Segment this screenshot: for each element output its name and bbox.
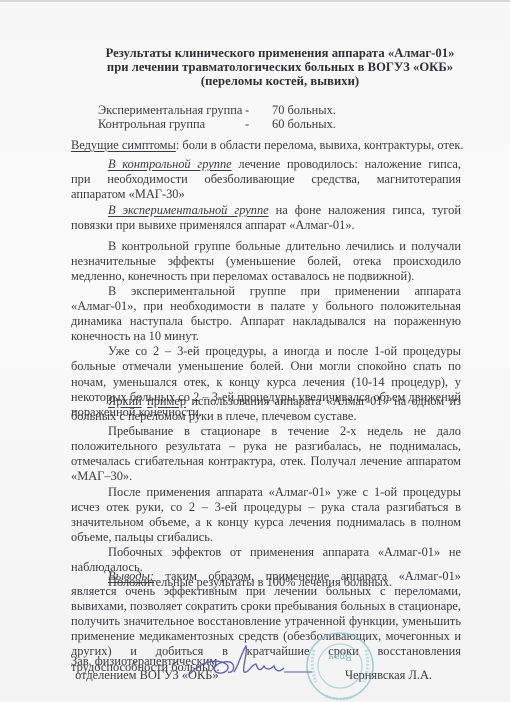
experimental-group-paragraph: В экспериментальной группе на фоне налож… (71, 203, 461, 233)
experimental-group-label: В экспериментальной группе (108, 203, 269, 217)
conclusions-label: Выводы: (108, 569, 154, 583)
example-paragraph: Пребывание в стационаре в течение 2-х не… (71, 424, 461, 484)
example-section: Яркий пример использования аппарата «Алм… (71, 394, 461, 590)
example-label-2: пример (147, 394, 186, 408)
paragraph-control-results: В контрольной группе больные длительно л… (71, 239, 461, 284)
paragraph-text: В экспериментальной группе при применени… (71, 284, 461, 344)
title-line-2: при лечении травматологических больных в… (100, 60, 460, 74)
group-name: Экспериментальная группа (98, 103, 242, 117)
title-line-1: Результаты клинического применения аппар… (100, 46, 460, 60)
symptoms-label: Ведущие симптомы (71, 138, 176, 152)
document-page: Результаты клинического применения аппар… (0, 0, 510, 702)
group-count: 60 больных. (272, 117, 336, 131)
symptoms-line: Ведущие симптомы: боли в области перелом… (71, 138, 463, 152)
control-group-paragraph: В контрольной группе лечение проводилось… (71, 157, 461, 202)
group-name: Контрольная группа (98, 117, 205, 131)
stamp-text: Врач (328, 651, 352, 661)
group-count: 70 больных. (272, 103, 336, 117)
symptoms-text: : боли в области перелома, вывиха, контр… (176, 138, 464, 152)
handwritten-signature-icon (186, 642, 314, 682)
title-line-3: (переломы костей, вывихи) (100, 74, 460, 88)
example-paragraph: После применения аппарата «Алмаг-01» уже… (71, 485, 461, 545)
signature-name: Чернявская Л.А. (345, 668, 432, 682)
control-group-label: В контрольной группе (108, 157, 232, 171)
group-dash: - (245, 117, 249, 131)
example-label-1: Яркий (108, 394, 142, 408)
group-dash: - (245, 103, 249, 117)
paragraph-text: В контрольной группе больные длительно л… (71, 239, 461, 284)
